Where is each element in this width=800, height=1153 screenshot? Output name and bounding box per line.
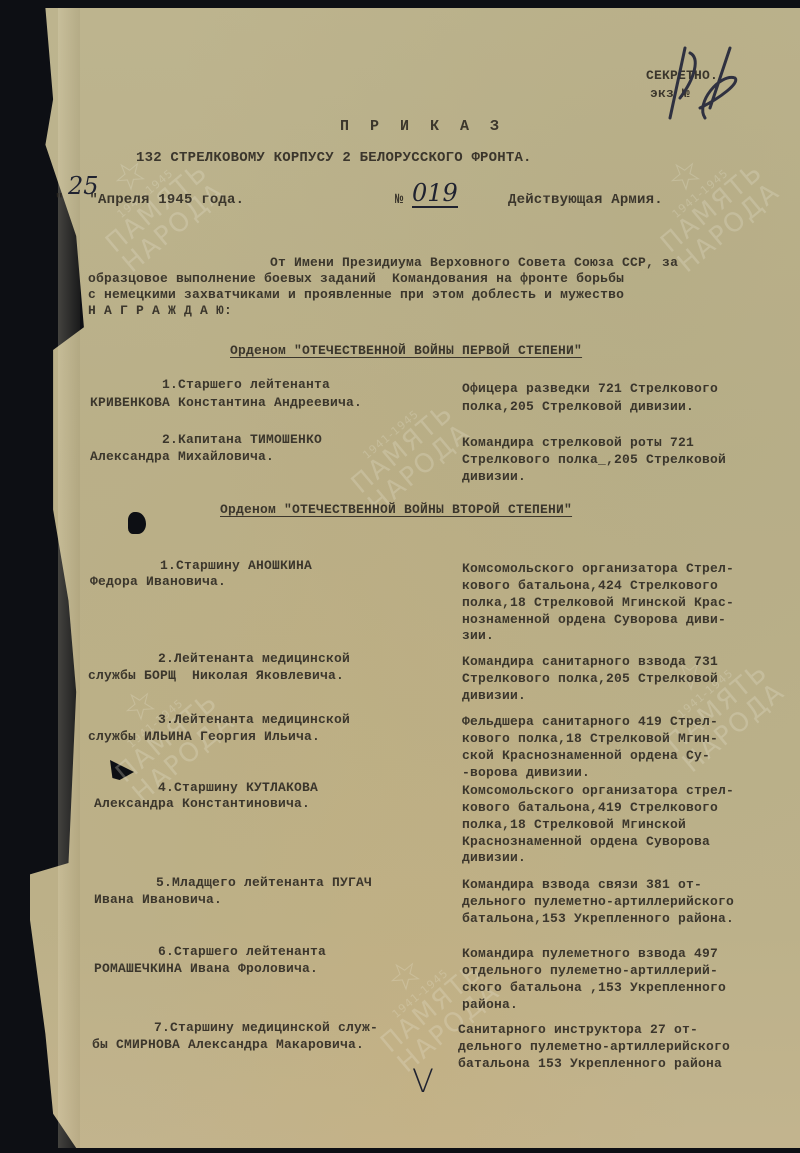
award-name-line: 4.Старшину КУТЛАКОВА [158, 780, 318, 795]
section-heading: Орденом "ОТЕЧЕСТВЕННОЙ ВОЙНЫ ВТОРОЙ СТЕП… [220, 502, 572, 517]
preamble-line: Н А Г Р А Ж Д А Ю: [88, 303, 232, 318]
award-position-line: нознаменной ордена Суворова диви- [462, 612, 726, 627]
award-name-line: 3.Лейтенанта медицинской [158, 712, 350, 727]
award-name-line: КРИВЕНКОВА Константина Андреевича. [90, 395, 362, 410]
location: Действующая Армия. [508, 192, 663, 208]
award-position-line: Фельдшера санитарного 419 Стрел- [462, 714, 718, 729]
award-position-line: Стрелкового полка,205 Стрелковой [462, 671, 718, 686]
award-name-line: Александра Константиновича. [94, 796, 310, 811]
award-position-line: дивизии. [462, 688, 526, 703]
award-position-line: Санитарного инструктора 27 от- [458, 1022, 698, 1037]
award-position-line: -ворова дивизии. [462, 765, 590, 780]
award-name-line: 6.Старшего лейтенанта [158, 944, 326, 959]
award-position-line: батальона 153 Укрепленного района [458, 1056, 722, 1071]
award-position-line: зии. [462, 628, 494, 643]
award-name-line: службы БОРЩ Николая Яковлевича. [88, 668, 344, 683]
order-number-handwritten: 019 [412, 180, 458, 208]
award-position-line: Командира санитарного взвода 731 [462, 654, 718, 669]
date-day-handwritten: 25 [68, 172, 99, 200]
classification-stamp: СЕКРЕТНО. [646, 68, 718, 83]
award-name-line: 2.Капитана ТИМОШЕНКО [162, 432, 322, 447]
award-position-line: дельного пулеметно-артиллерийского [462, 894, 734, 909]
award-name-line: РОМАШЕЧКИНА Ивана Фроловича. [94, 961, 318, 976]
section-heading: Орденом "ОТЕЧЕСТВЕННОЙ ВОЙНЫ ПЕРВОЙ СТЕП… [230, 343, 582, 358]
paper-hole [128, 512, 146, 534]
award-name-line: службы ИЛЬИНА Георгия Ильича. [88, 729, 320, 744]
award-position-line: батальона,153 Укрепленного района. [462, 911, 734, 926]
award-position-line: ской Краснознаменной ордена Су- [462, 748, 710, 763]
award-name-line: Ивана Ивановича. [94, 892, 222, 907]
award-name-line: 1.Старшего лейтенанта [162, 377, 330, 392]
award-position-line: полка,18 Стрелковой Мгинской [462, 817, 686, 832]
award-position-line: отдельного пулеметно-артиллерий- [462, 963, 718, 978]
award-position-line: кового полка,18 Стрелковой Мгин- [462, 731, 718, 746]
award-position-line: Краснознаменной ордена Суворова [462, 834, 710, 849]
award-position-line: дивизии. [462, 850, 526, 865]
award-name-line: 7.Старшину медицинской служ- [154, 1020, 378, 1035]
award-position-line: кового батальона,424 Стрелкового [462, 578, 718, 593]
award-name-line: бы СМИРНОВА Александра Макаровича. [92, 1037, 364, 1052]
award-name-line: Федора Ивановича. [90, 574, 226, 589]
page-subtitle: 132 СТРЕЛКОВОМУ КОРПУСУ 2 БЕЛОРУССКОГО Ф… [136, 150, 532, 166]
page-title: П Р И К А З [340, 118, 505, 135]
order-number-label: № [395, 192, 404, 208]
copy-number: экз № [650, 86, 690, 101]
award-position-line: дивизии. [462, 469, 526, 484]
award-position-line: Командира взвода связи 381 от- [462, 877, 702, 892]
preamble-line: с немецкими захватчиками и проявленные п… [88, 287, 624, 302]
award-name-line: 1.Старшину АНОШКИНА [160, 558, 312, 573]
award-position-line: Комсомольского организатора стрел- [462, 783, 734, 798]
preamble-line: От Имени Президиума Верховного Совета Со… [270, 255, 678, 270]
award-position-line: полка,18 Стрелковой Мгинской Крас- [462, 595, 734, 610]
award-position-line: ского батальона ,153 Укрепленного [462, 980, 726, 995]
check-mark: V [412, 1062, 434, 1100]
award-position-line: Командира пулеметного взвода 497 [462, 946, 718, 961]
award-position-line: Командира стрелковой роты 721 [462, 435, 694, 450]
award-position-line: дельного пулеметно-артиллерийского [458, 1039, 730, 1054]
award-position-line: Стрелкового полка_,205 Стрелковой [462, 452, 726, 467]
award-name-line: 2.Лейтенанта медицинской [158, 651, 350, 666]
award-name-line: Александра Михайловича. [90, 449, 274, 464]
award-position-line: Комсомольского организатора Стрел- [462, 561, 734, 576]
award-position-line: кового батальона,419 Стрелкового [462, 800, 718, 815]
award-name-line: 5.Младщего лейтенанта ПУГАЧ [156, 875, 372, 890]
preamble-line: образцовое выполнение боевых заданий Ком… [88, 271, 624, 286]
award-position-line: полка,205 Стрелковой дивизии. [462, 399, 694, 414]
award-position-line: Офицера разведки 721 Стрелкового [462, 381, 718, 396]
award-position-line: района. [462, 997, 518, 1012]
